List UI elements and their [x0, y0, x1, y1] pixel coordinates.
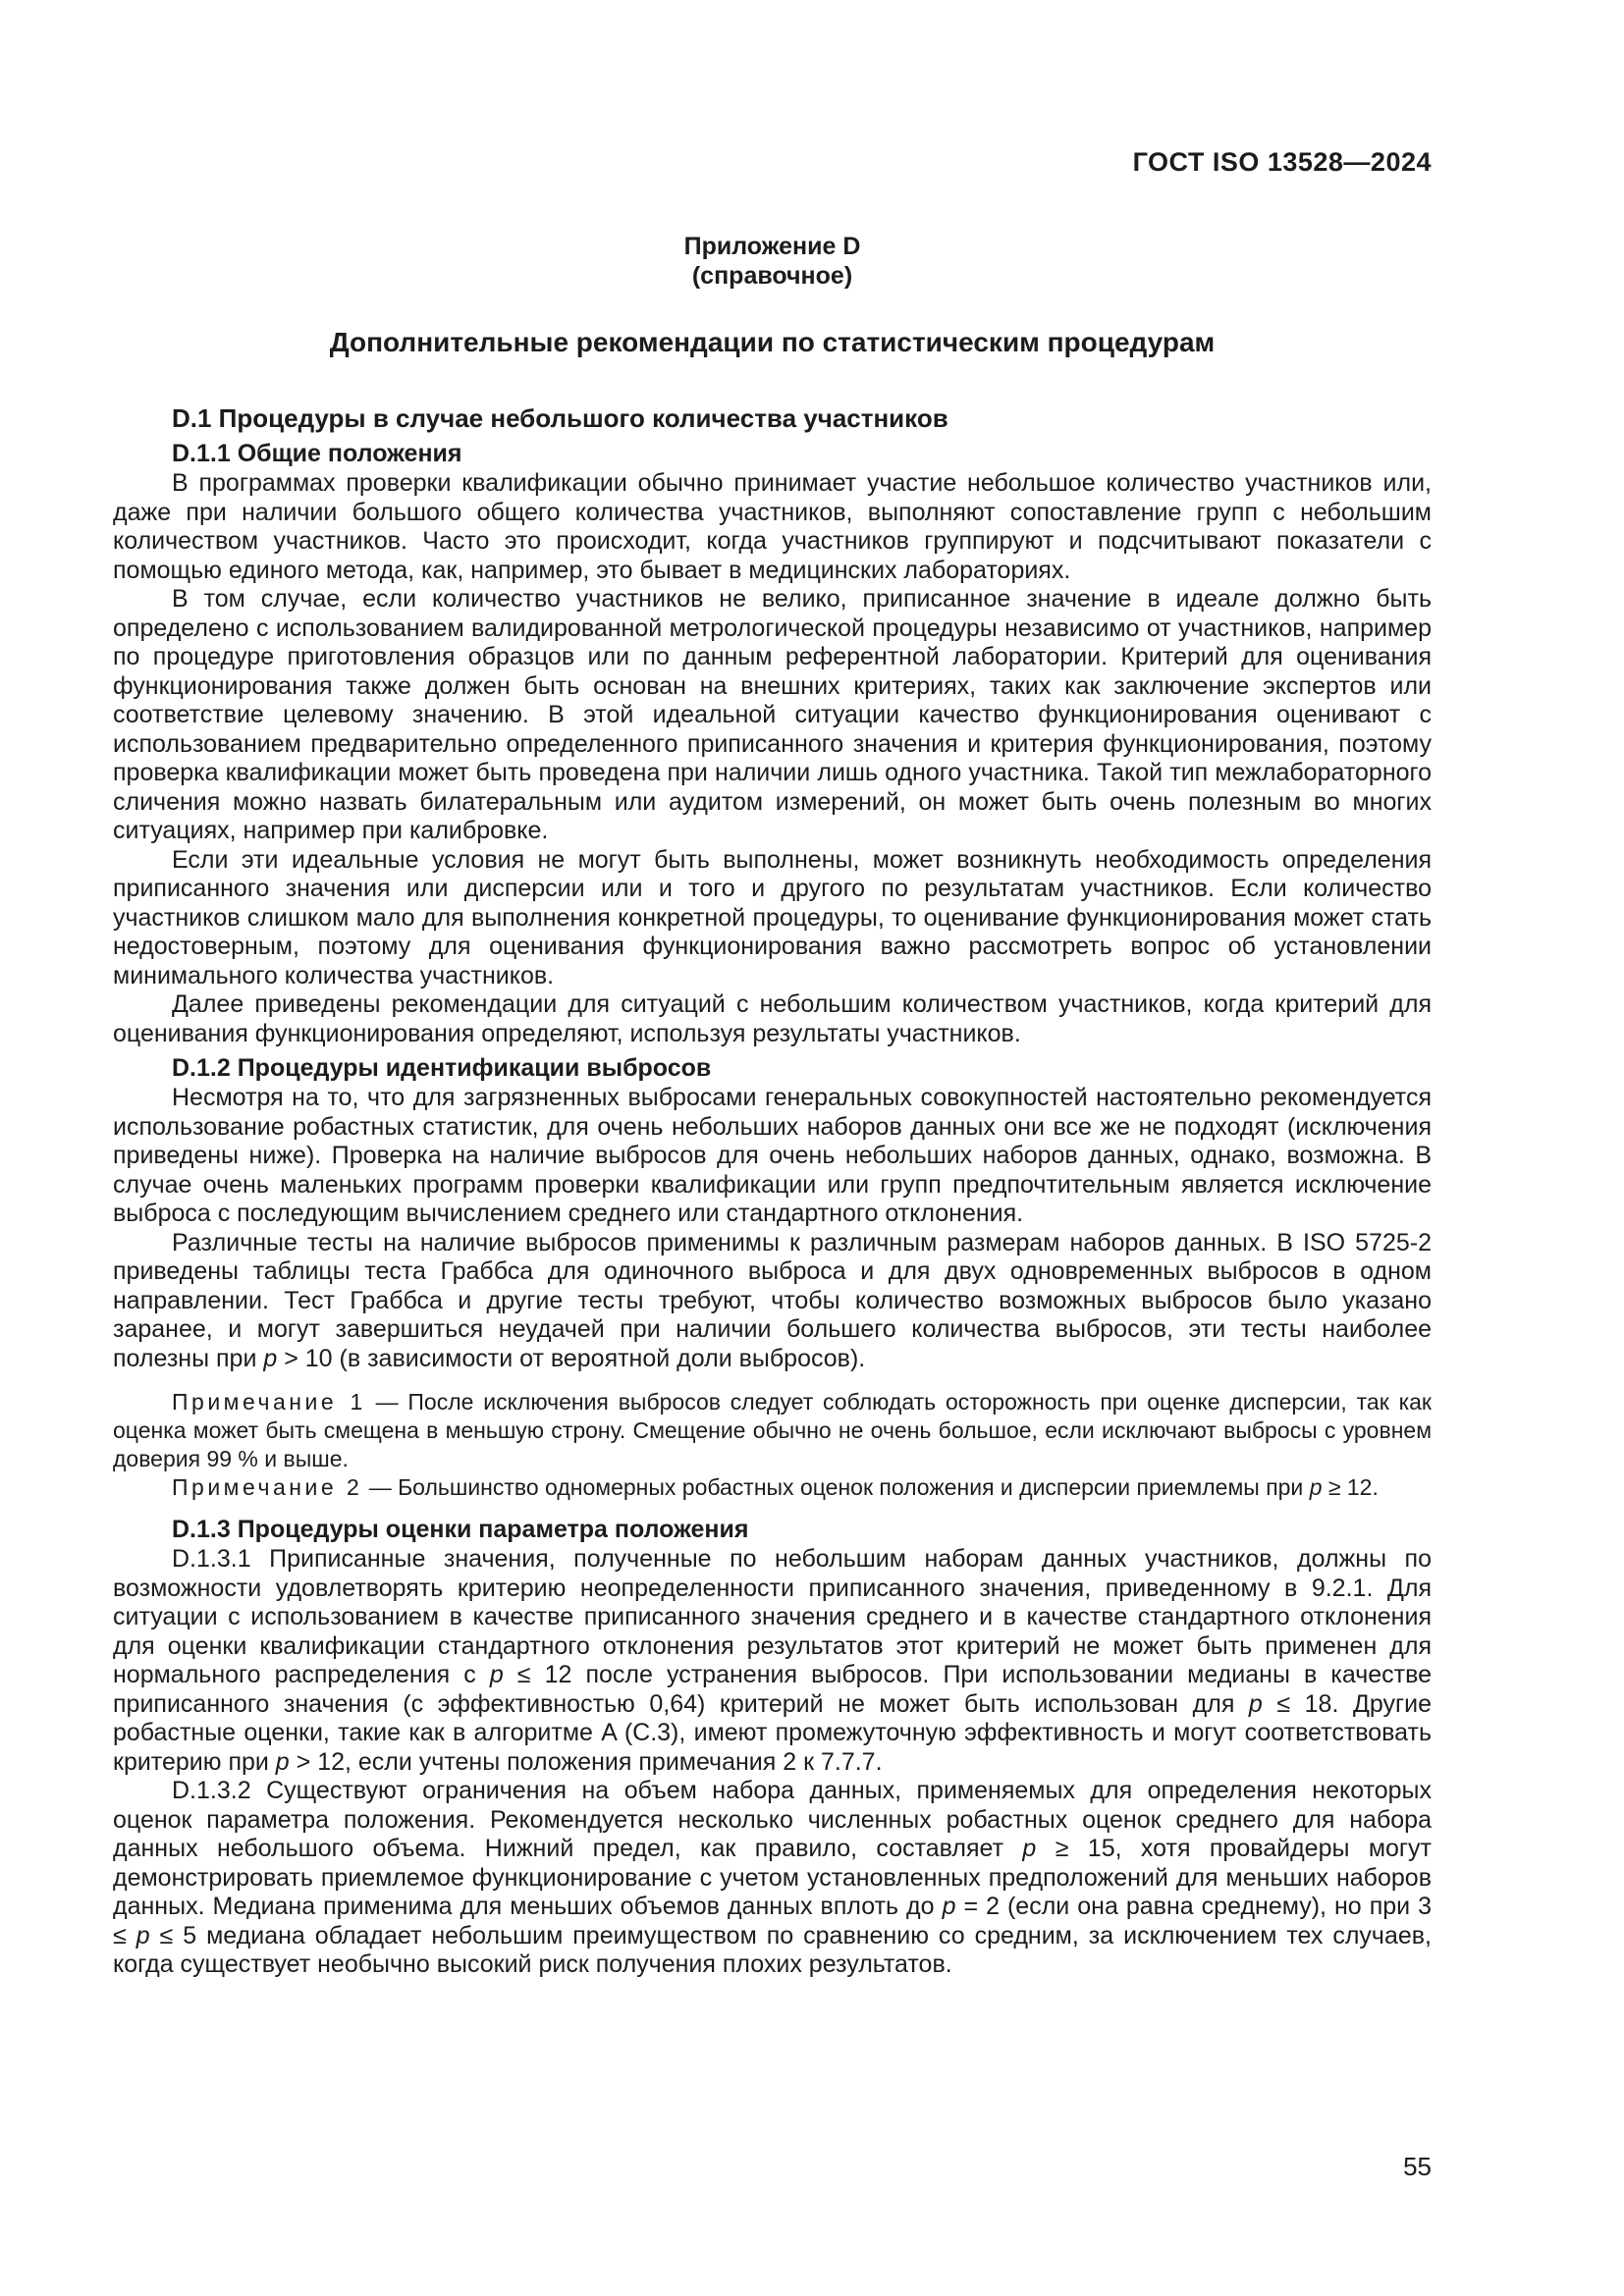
paragraph-d1-3-1: D.1.3.1 Приписанные значения, полученные…: [113, 1545, 1432, 1777]
heading-d1-3: D.1.3 Процедуры оценки параметра положен…: [113, 1515, 1432, 1545]
standard-designation: ГОСТ ISO 13528—2024: [113, 147, 1432, 177]
heading-d1: D.1 Процедуры в случае небольшого количе…: [113, 402, 1432, 434]
note-2-text: — Большинство одномерных робастных оцено…: [362, 1474, 1379, 1500]
page-number: 55: [1403, 2153, 1432, 2180]
paragraph: В том случае, если количество участников…: [113, 585, 1432, 846]
paragraph: Несмотря на то, что для загрязненных выб…: [113, 1084, 1432, 1229]
appendix-kind: (справочное): [113, 261, 1432, 291]
paragraph: Далее приведены рекомендации для ситуаци…: [113, 990, 1432, 1048]
appendix-title: Дополнительные рекомендации по статистич…: [113, 326, 1432, 359]
paragraph: В программах проверки квалификации обычн…: [113, 469, 1432, 585]
document-page: ГОСТ ISO 13528—2024 Приложение D (справо…: [0, 0, 1624, 2296]
section-d1: D.1 Процедуры в случае небольшого количе…: [113, 402, 1432, 1980]
note-1: Примечание 1 — После исключения выбросов…: [113, 1388, 1432, 1473]
heading-d1-2: D.1.2 Процедуры идентификации выбросов: [113, 1053, 1432, 1084]
note-2: Примечание 2 — Большинство одномерных ро…: [113, 1473, 1432, 1502]
note-2-label: Примечание 2: [172, 1474, 362, 1500]
paragraph: Если эти идеальные условия не могут быть…: [113, 846, 1432, 991]
paragraph: Различные тесты на наличие выбросов прим…: [113, 1229, 1432, 1374]
paragraph-d1-3-2: D.1.3.2 Существуют ограничения на объем …: [113, 1777, 1432, 1980]
heading-d1-1: D.1.1 Общие положения: [113, 439, 1432, 469]
appendix-label: Приложение D: [113, 232, 1432, 261]
note-1-label: Примечание 1: [172, 1389, 366, 1415]
notes-block: Примечание 1 — После исключения выбросов…: [113, 1388, 1432, 1502]
